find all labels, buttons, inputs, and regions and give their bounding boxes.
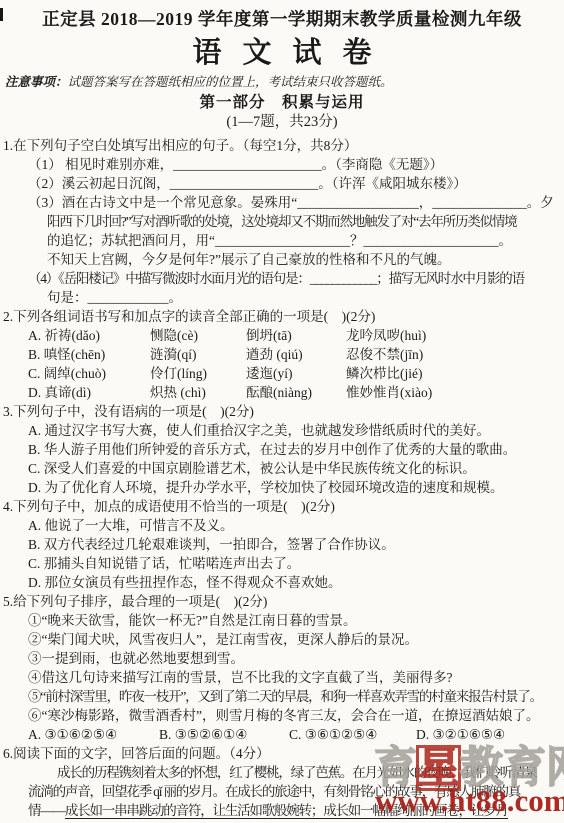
q1-item-3-line-1: （3）酒在古诗文中是一个常见意象。晏殊用“__________________，… <box>0 193 564 212</box>
q2-a-word-3: 倒坍(tā) <box>246 326 346 345</box>
q6-passage-line-1: 成长的历程镌刻着太多的怀想，红了樱桃，绿了芭蕉。在月光如水的夜晚，我们聆听清泉 <box>0 763 564 782</box>
q2-d-word-2: 炽热 (chì) <box>150 383 246 402</box>
q5-stem: 5.给下列句子排序，最合理的一项是( )(2分) <box>0 592 564 611</box>
q4-option-c: C. 那捕头自知说错了话，忙喏喏连声出去了。 <box>0 554 564 573</box>
q2-d-word-1: D. 真谛(dì) <box>28 383 150 402</box>
q5-sentence-1: ①“晚来天欲雪，能饮一杯无?”自然是江南日暮的雪景。 <box>0 611 564 630</box>
q2-b-word-1: B. 嗔怪(chēn) <box>28 345 150 364</box>
q5-choice-d: D. ③②①⑥⑤④ <box>416 725 564 744</box>
q2-c-word-4: 鳞次栉比(jié) <box>346 364 564 383</box>
q3-option-a: A. 通过汉字书写大赛，使人们重拾汉字之美，也就越发珍惜纸质时代的美好。 <box>0 421 564 440</box>
q5-choice-a: A. ③①⑥②⑤④ <box>28 725 159 744</box>
q3-option-b: B. 华人游子用他们所钟爱的音乐方式，在过去的岁月中创作了优秀的大量的歌曲。 <box>0 440 564 459</box>
section-range: (1—7题，共23分) <box>0 113 564 134</box>
q4-option-b: B. 双方代表经过几轮艰难谈判，一拍即合，签署了合作协议。 <box>0 535 564 554</box>
q5-choices: A. ③①⑥②⑤④B. ③⑤②⑥①④C. ③⑥①②⑤④D. ③②①⑥⑤④ <box>0 725 564 744</box>
q2-a-word-1: A. 祈祷(dǎo) <box>28 326 150 345</box>
q6-stem: 6.阅读下面的文字，回答后面的问题。（4分） <box>0 744 564 763</box>
q6-passage-line-2: 流淌的声音，回望花季 qǐ 丽的岁月。在成长的旅途中，有刻骨铭心的故事，有感人肺… <box>0 782 564 801</box>
q2-c-word-2: 伶仃(líng) <box>150 364 246 383</box>
q2-c-word-1: C. 阔绰(chuò) <box>28 364 150 383</box>
q2-d-word-3: 酝酿(niàng) <box>246 383 346 402</box>
scan-edge-mark <box>0 8 3 21</box>
exam-notice: 注意事项：试题答案写在答题纸相应的位置上，考试结束只收答题纸。 <box>0 74 564 93</box>
notice-text: 试题答案写在答题纸相应的位置上，考试结束只收答题纸。 <box>68 75 393 89</box>
q2-d-word-4: 惟妙惟肖(xiào) <box>346 383 564 402</box>
q2-option-d: D. 真谛(dì)炽热 (chì)酝酿(niàng)惟妙惟肖(xiào) <box>0 383 564 402</box>
section-heading: 第一部分 积累与运用 <box>0 93 564 113</box>
q2-c-word-3: 逶迤(yí) <box>246 364 346 383</box>
q3-option-c: C. 深受人们喜爱的中国京剧脸谱艺术，被公认是中华民族传统文化的标识。 <box>0 459 564 478</box>
q6-line3-prefix: 情—— <box>28 803 65 818</box>
q5-sentence-3: ③一提到雨，也就必然地要想到雪。 <box>0 649 564 668</box>
paper-header: 正定县 2018—2019 学年度第一学期期末教学质量检测九年级 语文试卷 注意… <box>0 0 564 134</box>
q1-item-2: （2）溪云初起日沉阁，______________________。（许浑《咸阳… <box>0 174 564 193</box>
q1-item-3-line-4: 不知天上宫阙，今夕是何年?”展示了自己豪放的性格和不凡的气魄。 <box>0 250 564 269</box>
q2-a-word-4: 龙吟凤哕(huì) <box>346 326 564 345</box>
q1-item-4-line-2: 句是：____________。 <box>0 288 564 307</box>
q3-option-d: D. 为了优化育人环境，提升办学水平，学校加快了校园环境改造的速度和规模。 <box>0 478 564 497</box>
q2-stem: 2.下列各组词语书写和加点字的读音全部正确的一项是( )(2分) <box>0 307 564 326</box>
exam-session-title: 正定县 2018—2019 学年度第一学期期末教学质量检测九年级 <box>0 0 564 34</box>
q1-item-3-line-2: 阳西下几时回?”写对酒听歌的处境，这处境却又不期而然地触发了对“去年所历类似情境 <box>0 212 564 231</box>
notice-label: 注意事项： <box>5 75 68 89</box>
q1-item-3-line-3: 的追忆；苏轼把酒问月，用“____________________？______… <box>0 231 564 250</box>
question-area: 1.在下列句子空白处填写出相应的句子。（每空1分，共8分） （1） 相见时难别亦… <box>0 134 564 820</box>
q1-item-4-line-1: （4）《岳阳楼记》中描写微波时水面月光的语句是：____________；描写无… <box>0 269 564 288</box>
q5-sentence-5: ⑤“前村深雪里，昨夜一枝开”，又到了第二天的早晨，和狗一样喜欢弄雪的村童来报告村… <box>0 687 564 706</box>
q5-choice-c: C. ③⑥①②⑤④ <box>289 725 416 744</box>
q2-a-word-2: 恻隐(cè) <box>150 326 246 345</box>
q1-item-1: （1） 相见时难别亦难，______________________。（李商隐《… <box>0 155 564 174</box>
q1-stem: 1.在下列句子空白处填写出相应的句子。（每空1分，共8分） <box>0 136 564 155</box>
q2-option-b: B. 嗔怪(chēn)涟漪(qí)遒劲 (qiú)忍俊不禁(jīn) <box>0 345 564 364</box>
exam-paper-title: 语文试卷 <box>0 34 564 74</box>
q2-b-word-3: 遒劲 (qiú) <box>246 345 346 364</box>
q4-option-d: D. 那位女演员有些扭捏作态，怪不得观众不喜欢她。 <box>0 573 564 592</box>
q5-sentence-6: ⑥“寒沙梅影路，微雪酒香村”，则雪月梅的冬宵三友，会合在一道，在撩逗酒姑娘了。 <box>0 706 564 725</box>
q5-sentence-4: ④借这几句诗来描写江南的雪景，岂不比我的文字直截了当，美丽得多? <box>0 668 564 687</box>
q4-option-a: A. 他说了一大堆，可惜言不及义。 <box>0 516 564 535</box>
q2-b-word-2: 涟漪(qí) <box>150 345 246 364</box>
q5-sentence-2: ②“柴门闻犬吠，风雪夜归人”，是江南雪夜，更深人静后的景况。 <box>0 630 564 649</box>
q2-option-a: A. 祈祷(dǎo)恻隐(cè)倒坍(tā)龙吟凤哕(huì) <box>0 326 564 345</box>
q4-stem: 4.下列句子中，加点的成语使用不恰当的一项是( )(2分) <box>0 497 564 516</box>
q3-stem: 3.下列句子中，没有语病的一项是( )(2分) <box>0 402 564 421</box>
q6-passage-line-3: 情——成长如一串串跳动的音符，让生活如歌般婉转；成长如一幅幅绚丽的画卷，让岁月 <box>0 801 564 820</box>
q6-underlined-sentence: 成长如一串串跳动的音符，让生活如歌般婉转；成长如一幅幅绚丽的画卷，让岁月 <box>65 803 508 819</box>
q2-option-c: C. 阔绰(chuò)伶仃(líng)逶迤(yí)鳞次栉比(jié) <box>0 364 564 383</box>
q5-choice-b: B. ③⑤②⑥①④ <box>159 725 289 744</box>
q2-b-word-4: 忍俊不禁(jīn) <box>346 345 564 364</box>
